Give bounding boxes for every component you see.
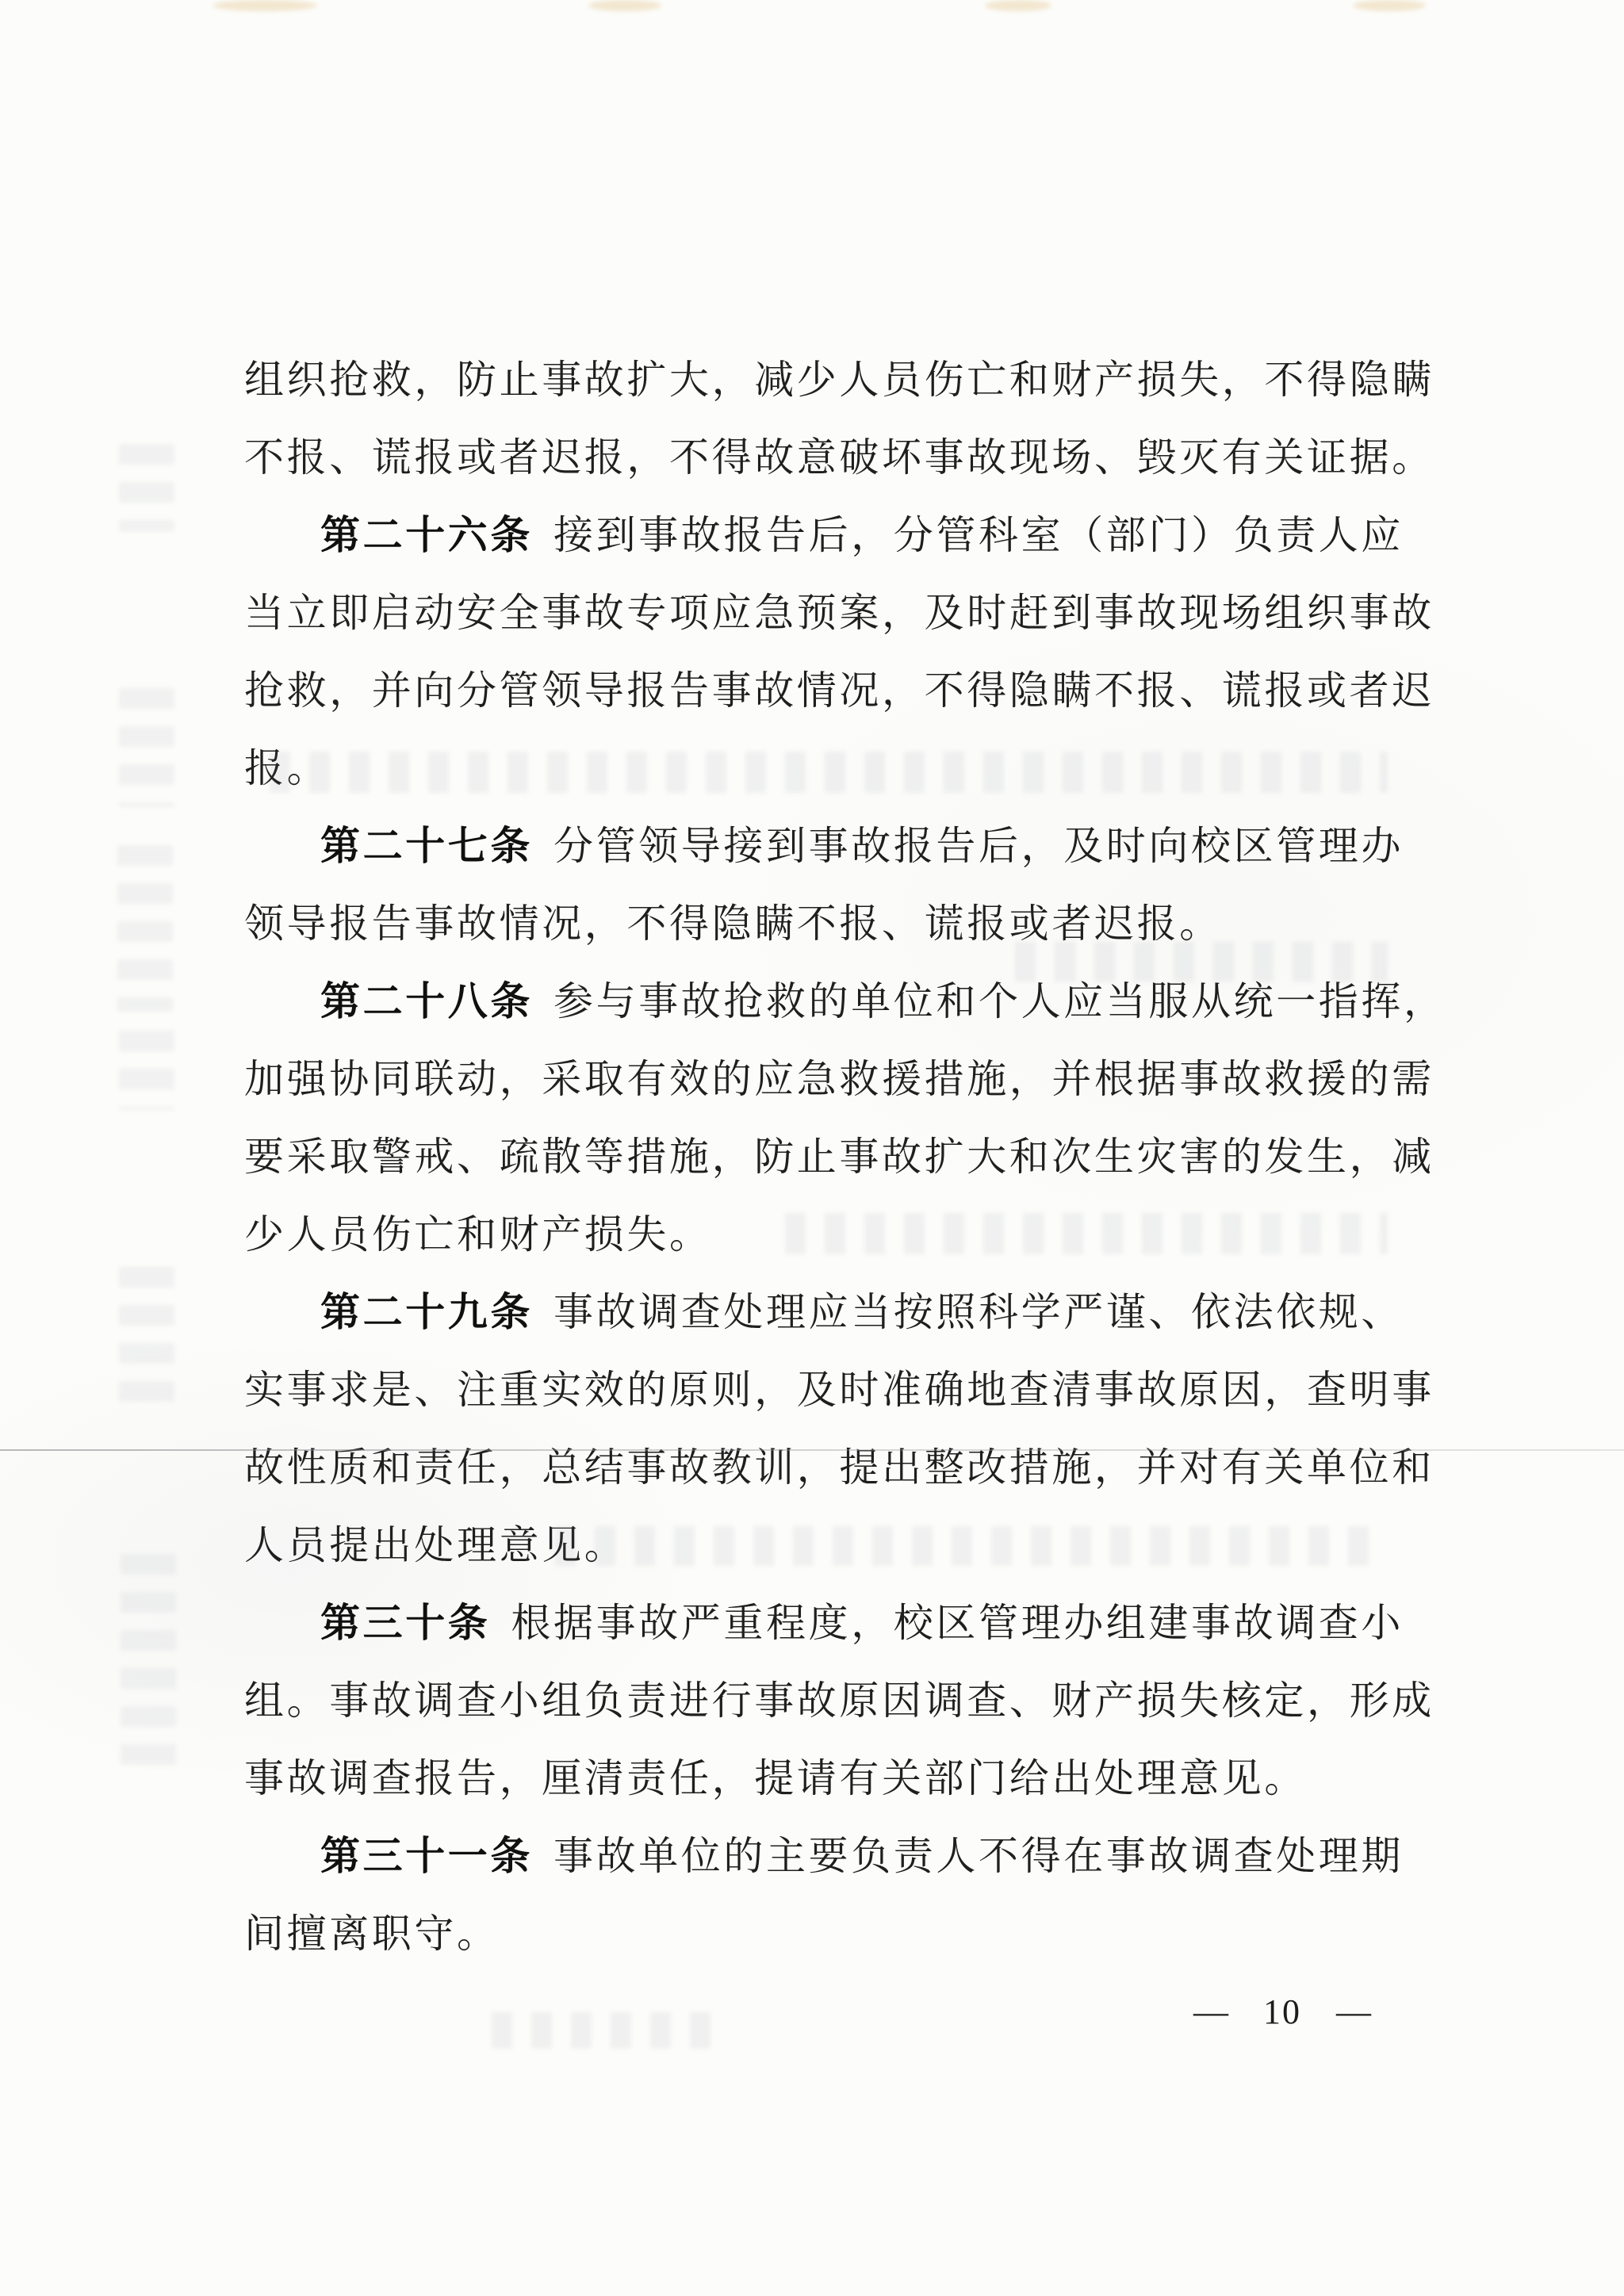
text-line: 第三十一条事故单位的主要负责人不得在事故调查处理期 <box>244 1830 1410 1908</box>
text-line: 报。 <box>244 742 1410 820</box>
line-text: 领导报告事故情况，不得隐瞒不报、谎报或者迟报。 <box>244 901 1222 946</box>
bleed-through-artifact <box>119 1267 174 1402</box>
text-line: 间擅离职守。 <box>244 1908 1410 1985</box>
line-text: 抢救，并向分管领导报告事故情况，不得隐瞒不报、谎报或者迟 <box>244 668 1434 713</box>
line-text: 加强协同联动，采取有效的应急救援措施，并根据事故救援的需 <box>244 1057 1434 1101</box>
line-text: 分管领导接到事故报告后，及时向校区管理办 <box>553 824 1404 868</box>
text-line: 第二十六条接到事故报告后，分管科室（部门）负责人应 <box>244 509 1410 587</box>
line-text: 不报、谎报或者迟报，不得故意破坏事故现场、毁灭有关证据。 <box>244 435 1434 480</box>
line-text: 组。事故调查小组负责进行事故原因调查、财产损失核定，形成 <box>244 1678 1434 1723</box>
line-text: 接到事故报告后，分管科室（部门）负责人应 <box>553 513 1404 557</box>
text-line: 第二十八条参与事故抢救的单位和个人应当服从统一指挥， <box>244 975 1410 1053</box>
page-number-dash-right: — <box>1336 1992 1371 2031</box>
line-text: 报。 <box>244 746 329 790</box>
scan-smudge <box>1353 0 1426 11</box>
text-line: 事故调查报告，厘清责任，提请有关部门给出处理意见。 <box>244 1752 1410 1830</box>
line-text: 实事求是、注重实效的原则，及时准确地查清事故原因，查明事 <box>244 1368 1434 1412</box>
text-line: 组织抢救，防止事故扩大，减少人员伤亡和财产损失，不得隐瞒 <box>244 354 1410 431</box>
line-text: 故性质和责任，总结事故教训，提出整改措施，并对有关单位和 <box>244 1445 1434 1490</box>
text-line: 第二十九条事故调查处理应当按照科学严谨、依法依规、 <box>244 1286 1410 1364</box>
line-text: 参与事故抢救的单位和个人应当服从统一指挥， <box>553 979 1446 1024</box>
text-line: 实事求是、注重实效的原则，及时准确地查清事故原因，查明事 <box>244 1364 1410 1441</box>
line-text: 事故调查处理应当按照科学严谨、依法依规、 <box>553 1290 1404 1334</box>
line-text: 事故调查报告，厘清责任，提请有关部门给出处理意见。 <box>244 1756 1307 1800</box>
page-number-value: 10 <box>1263 1992 1301 2031</box>
scan-smudge <box>985 0 1051 11</box>
line-text: 当立即启动安全事故专项应急预案，及时赶到事故现场组织事故 <box>244 591 1434 635</box>
line-text: 人员提出处理意见。 <box>244 1523 626 1567</box>
bleed-through-artifact <box>121 1554 176 1776</box>
scanned-document-page: 组织抢救，防止事故扩大，减少人员伤亡和财产损失，不得隐瞒不报、谎报或者迟报，不得… <box>0 0 1624 2296</box>
scan-smudge <box>213 0 317 11</box>
bleed-through-artifact <box>119 444 174 531</box>
bleed-through-artifact <box>119 688 174 807</box>
article-number: 第二十九条 <box>320 1290 533 1334</box>
article-number: 第二十八条 <box>320 979 533 1024</box>
line-text: 间擅离职守。 <box>244 1911 500 1956</box>
text-line: 不报、谎报或者迟报，不得故意破坏事故现场、毁灭有关证据。 <box>244 431 1410 509</box>
line-text: 少人员伤亡和财产损失。 <box>244 1212 712 1257</box>
bleed-through-artifact <box>119 1031 174 1110</box>
article-number: 第二十六条 <box>320 513 533 557</box>
scan-crease-line <box>0 1449 1624 1451</box>
text-line: 抢救，并向分管领导报告事故情况，不得隐瞒不报、谎报或者迟 <box>244 664 1410 742</box>
text-line: 要采取警戒、疏散等措施，防止事故扩大和次生灾害的发生，减 <box>244 1131 1410 1208</box>
text-line: 第三十条根据事故严重程度，校区管理办组建事故调查小 <box>244 1597 1410 1674</box>
scan-smudge <box>588 0 661 11</box>
line-text: 组织抢救，防止事故扩大，减少人员伤亡和财产损失，不得隐瞒 <box>244 358 1434 402</box>
bleed-through-artifact <box>492 2012 730 2049</box>
bleed-through-artifact <box>117 845 173 1012</box>
article-number: 第三十一条 <box>320 1834 533 1878</box>
line-text: 要采取警戒、疏散等措施，防止事故扩大和次生灾害的发生，减 <box>244 1135 1434 1179</box>
text-line: 少人员伤亡和财产损失。 <box>244 1208 1410 1286</box>
text-line: 领导报告事故情况，不得隐瞒不报、谎报或者迟报。 <box>244 897 1410 975</box>
article-number: 第三十条 <box>320 1601 490 1645</box>
document-body: 组织抢救，防止事故扩大，减少人员伤亡和财产损失，不得隐瞒不报、谎报或者迟报，不得… <box>244 354 1410 1985</box>
text-line: 加强协同联动，采取有效的应急救援措施，并根据事故救援的需 <box>244 1053 1410 1131</box>
text-line: 组。事故调查小组负责进行事故原因调查、财产损失核定，形成 <box>244 1674 1410 1752</box>
article-number: 第二十七条 <box>320 824 533 868</box>
page-number: —10— <box>1193 1992 1371 2032</box>
text-line: 人员提出处理意见。 <box>244 1519 1410 1597</box>
line-text: 事故单位的主要负责人不得在事故调查处理期 <box>553 1834 1404 1878</box>
text-line: 当立即启动安全事故专项应急预案，及时赶到事故现场组织事故 <box>244 587 1410 664</box>
page-number-dash-left: — <box>1193 1992 1228 2031</box>
text-line: 第二十七条分管领导接到事故报告后，及时向校区管理办 <box>244 820 1410 897</box>
line-text: 根据事故严重程度，校区管理办组建事故调查小 <box>511 1601 1404 1645</box>
text-line: 故性质和责任，总结事故教训，提出整改措施，并对有关单位和 <box>244 1441 1410 1519</box>
